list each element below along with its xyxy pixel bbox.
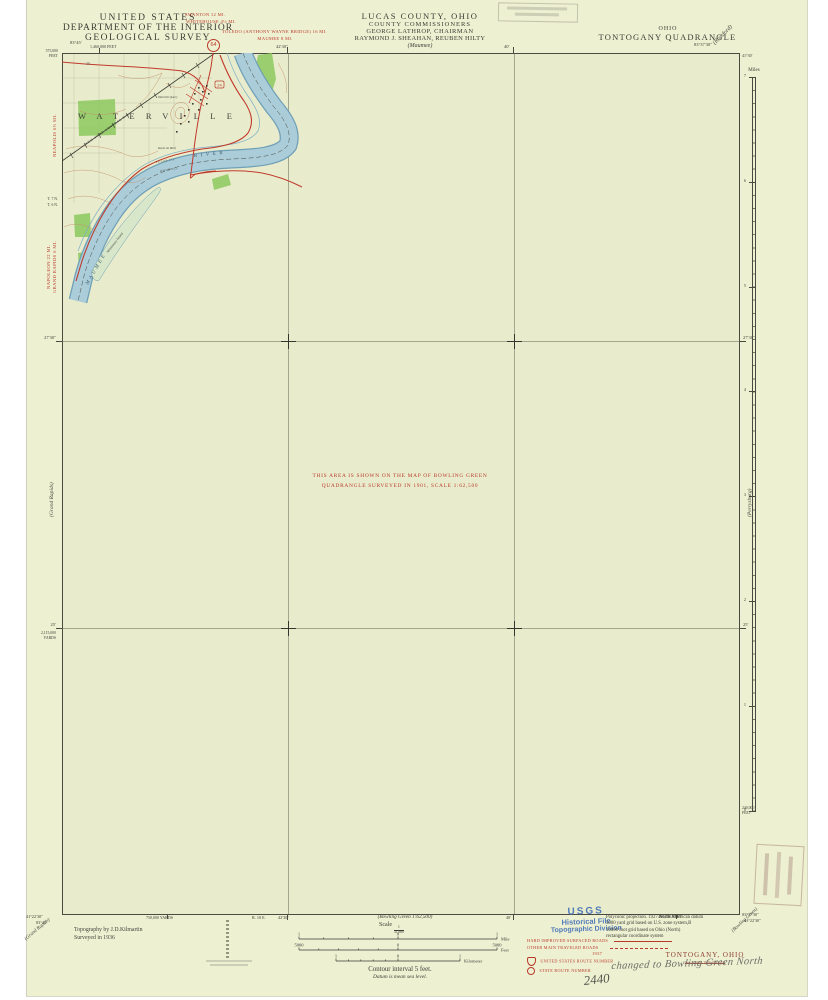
- graticule-cross: [288, 621, 289, 636]
- road-note-w-grand-rapids: GRAND RAPIDS 6 MI.: [53, 241, 58, 293]
- legend-hard-roads-label: HARD IMPROVED SURFACED ROADS: [527, 938, 608, 943]
- edge-tick: [513, 914, 514, 920]
- km-bar-left: 1: [335, 954, 337, 959]
- scale-bars: 1 0 1 Mile 5000 0 5000 Feet 1 0 1 Kilome…: [283, 931, 523, 969]
- left-grid-feet-2: FEET: [32, 54, 58, 58]
- miles-scale-major-tick: [749, 601, 756, 602]
- graticule-cross: [514, 621, 515, 636]
- miles-scale-major-tick: [749, 287, 756, 288]
- miles-scale-major-tick: [749, 77, 756, 78]
- bottom-tick-1: 42′30″: [278, 916, 289, 921]
- town-label: WATERVILLE: [78, 111, 238, 121]
- legend-hard-roads: HARD IMPROVED SURFACED ROADS: [527, 938, 672, 943]
- miles-scale-number: 0: [736, 808, 746, 813]
- top-tick-1: 42′30″: [276, 45, 288, 50]
- county-chairman: GEORGE LATHROP, CHAIRMAN: [335, 28, 505, 35]
- adjoining-south-label: (Bowling Green 1:62,500): [345, 915, 465, 921]
- mile-bar-zero: 0: [397, 932, 400, 937]
- miles-scale-major-tick: [749, 182, 756, 183]
- feet-bar-unit: Feet: [501, 948, 509, 953]
- edge-tick: [740, 341, 746, 342]
- datum-note: Datum is mean sea level.: [335, 975, 465, 981]
- left-tick-1: 27′30″: [34, 336, 56, 341]
- contour-interval-note: Contour interval 5 feet.: [325, 966, 475, 973]
- adjoining-west-label: (Grand Rapids): [50, 482, 56, 517]
- bottom-grid-yards: 750,000 YARDS: [146, 916, 173, 920]
- bottom-range-label: R. 10 E.: [252, 916, 266, 921]
- graticule-cross: [514, 334, 515, 349]
- miles-scale-major-tick: [749, 811, 756, 812]
- projection-line-2: 5000 yard grid based on U.S. zone system…: [606, 921, 703, 927]
- corner-tr-latitude: 41°30′: [742, 54, 752, 58]
- miles-scale-number: 6: [736, 179, 746, 184]
- feet-bar-zero: 0: [397, 943, 400, 948]
- quadrangle-title: TONTOGANY QUADRANGLE: [570, 33, 765, 42]
- county-commissioners: COUNTY COMMISSIONERS: [335, 21, 505, 28]
- county-title: LUCAS COUNTY, OHIO: [335, 12, 505, 21]
- credit-topography: Topography by J.D.Kilmartin: [74, 927, 143, 933]
- top-grid-feet: 1,460,000 FEET: [90, 45, 117, 49]
- road-note-nw-2: WHITEHOUSE 4½ MI.: [186, 20, 236, 25]
- left-grid-feet-1: 575,000: [32, 49, 58, 53]
- section-number: 30: [86, 61, 90, 66]
- us-route-shield-number: 24: [217, 82, 222, 87]
- km-bar-right: 1: [459, 954, 461, 959]
- mile-bar-right: 1: [496, 932, 498, 937]
- graticule-parallel-1: [62, 341, 739, 342]
- km-bar-unit: Kilometer: [464, 959, 483, 964]
- miles-scale-minor-ticks: [752, 77, 756, 811]
- stamp-smudge: [787, 856, 793, 894]
- solid-road-line-sample: [614, 941, 672, 942]
- miles-scale-number: 5: [736, 284, 746, 289]
- corner-tr-longitude: 83°37′30″: [694, 43, 712, 48]
- stamp-smudge: [763, 853, 769, 895]
- miles-scale-number: 3: [736, 493, 746, 498]
- scanned-topo-map-page: 24 WATERVILLE RIVER Roche de Bœuf LUCAS …: [0, 0, 828, 1000]
- edge-tick: [56, 341, 62, 342]
- credit-surveyed: Surveyed in 1936: [74, 935, 115, 941]
- map-detail-svg: 24 WATERVILLE RIVER Roche de Bœuf LUCAS …: [62, 53, 304, 313]
- edge-tick: [740, 628, 746, 629]
- legend-other-roads-label: OTHER MAIN TRAVELED ROADS: [527, 945, 598, 950]
- agency-line-3: GEOLOGICAL SURVEY: [58, 33, 238, 43]
- corner-bl-latitude: 41°22′30″: [26, 915, 43, 920]
- legend-us-route-label: UNITED STATES ROUTE NUMBER: [540, 958, 613, 963]
- handwritten-number: 2440: [583, 971, 610, 988]
- stamp-smudge: [515, 13, 559, 17]
- left-tick-2: 25′: [40, 623, 56, 628]
- stamp-smudge: [775, 852, 781, 898]
- rock-label: Roche de Bœuf: [157, 146, 177, 150]
- edge-tick: [513, 47, 514, 53]
- agency-line-2: DEPARTMENT OF THE INTERIOR: [58, 23, 238, 33]
- left-grid-yards-1: 2,115,000: [20, 631, 56, 635]
- adjoining-north-label: (Maumee): [380, 43, 460, 49]
- miles-scale-number: 4: [736, 388, 746, 393]
- miles-scale-major-tick: [749, 706, 756, 707]
- scale-word: Scale: [379, 922, 392, 928]
- mile-bar-unit: Mile: [501, 937, 510, 942]
- illegible-vertical-note: [226, 920, 229, 958]
- graticule-meridian-2: [514, 53, 515, 914]
- us-route-shield-icon: [527, 957, 536, 966]
- right-tick-2: 25′: [743, 623, 748, 628]
- graticule-cross: [288, 334, 289, 349]
- state-route-circle-icon: [527, 967, 535, 975]
- left-grid-yards-2: YARDS: [20, 636, 56, 640]
- legend-us-route: UNITED STATES ROUTE NUMBER: [527, 957, 613, 966]
- stamp-smudge: [507, 6, 567, 10]
- road-note-nw-1: SWANTON 12 MI.: [185, 13, 225, 18]
- miles-scale-number: 2: [736, 598, 746, 603]
- edge-tick: [56, 628, 62, 629]
- miles-scale-number: 1: [736, 703, 746, 708]
- miles-scale-major-tick: [749, 391, 756, 392]
- area-note-line-2: QUADRANGLE SURVEYED IN 1901, SCALE 1:62,…: [295, 484, 505, 490]
- legend-year: 1937: [592, 951, 602, 956]
- illegible-print-line: [210, 964, 248, 966]
- county-members: RAYMOND J. SHEAHAN, REUBEN HILTY: [335, 35, 505, 42]
- km-bar-zero: 0: [397, 954, 400, 959]
- faint-top-stamp: [498, 2, 578, 22]
- township-label-t7: T. 7 N.: [40, 197, 58, 201]
- bottom-tick-2: 40′: [506, 916, 511, 921]
- top-tick-2: 40′: [504, 45, 509, 50]
- road-note-n-1: TOLEDO (ANTHONY WAYNE BRIDGE) 16 MI.: [222, 30, 327, 35]
- dashed-road-line-sample: [610, 948, 668, 949]
- road-note-w-neapolis: NEAPOLIS 6½ MI.: [53, 114, 58, 157]
- feet-bar-left: 5000: [295, 943, 305, 948]
- legend-other-roads: OTHER MAIN TRAVELED ROADS: [527, 945, 668, 950]
- illegible-print-line: [206, 960, 252, 962]
- miles-scale-major-tick: [749, 496, 756, 497]
- graticule-parallel-2: [62, 628, 739, 629]
- mile-bar-left: 1: [298, 932, 300, 937]
- quarry-label: Waterville Quarry: [158, 96, 178, 99]
- projection-note: Polyconic projection. 1927 North America…: [606, 915, 703, 941]
- miles-scale-number: 7: [736, 74, 746, 79]
- corner-tl-longitude: 83°45′: [70, 41, 82, 46]
- legend-state-route: STATE ROUTE NUMBER: [527, 967, 591, 975]
- area-note-line-1: THIS AREA IS SHOWN ON THE MAP OF BOWLING…: [295, 474, 505, 480]
- township-label-t6: T. 6 N.: [40, 203, 58, 207]
- faint-side-stamp: [753, 844, 804, 906]
- road-note-n-2: MAUMEE 8 MI.: [230, 37, 320, 42]
